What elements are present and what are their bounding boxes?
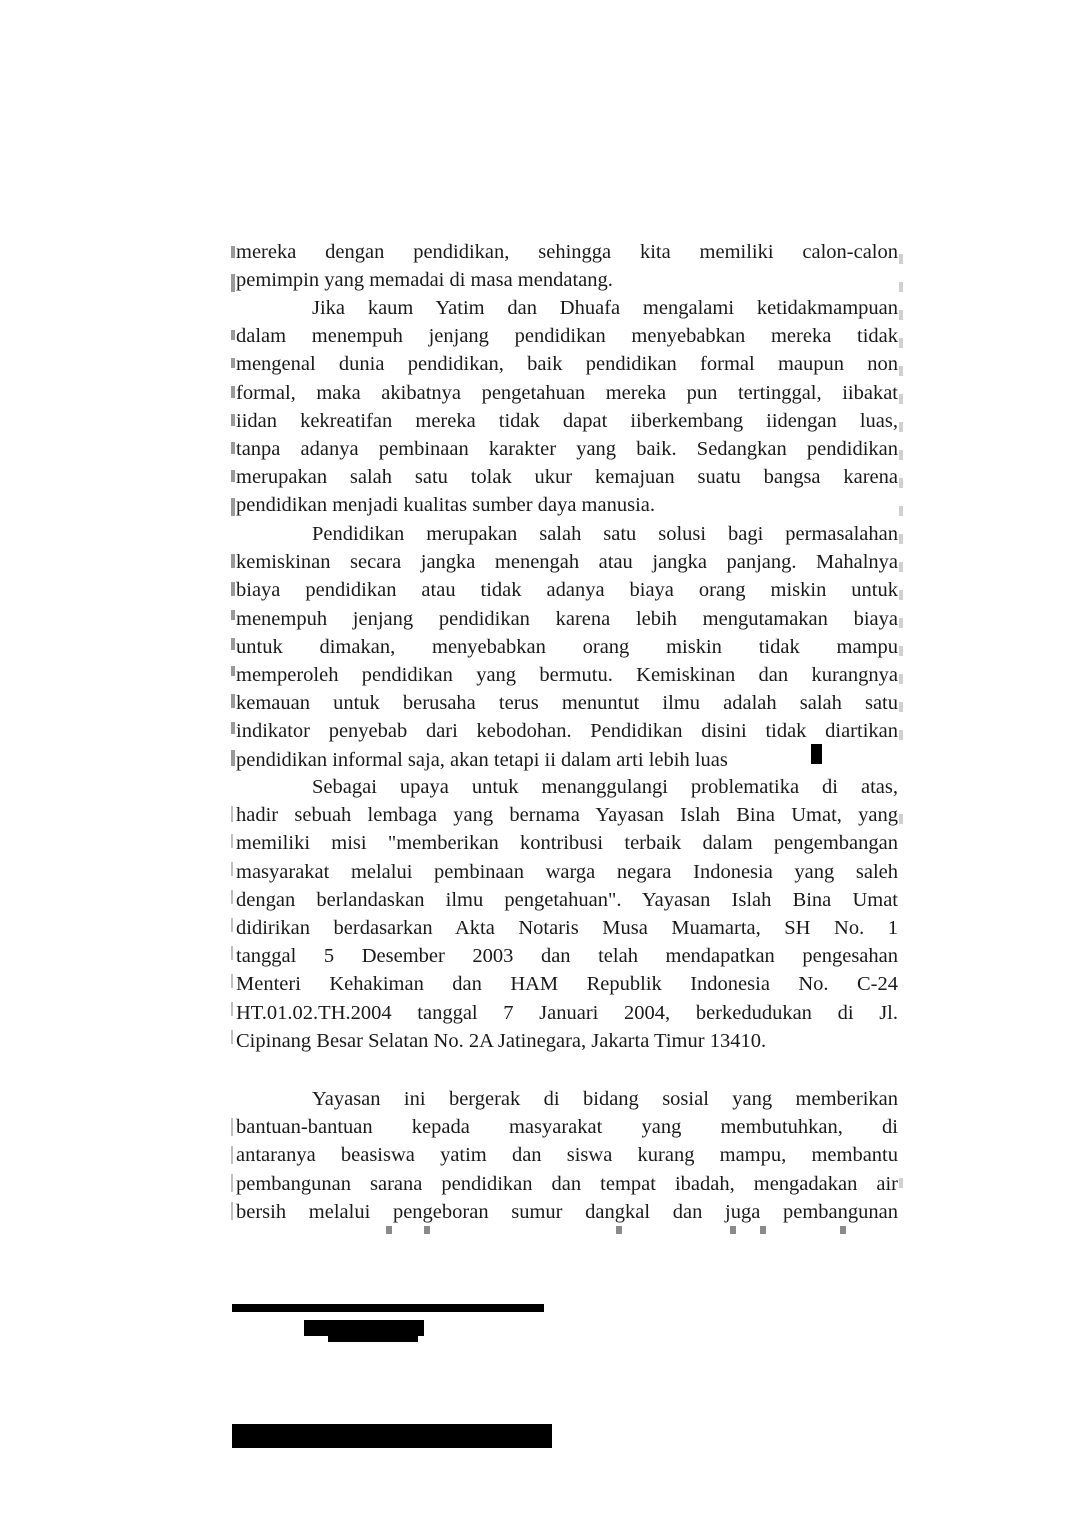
paragraph-1: mereka dengan pendidikan, sehingga kita … bbox=[236, 238, 898, 294]
paragraph-4: Sebagai upaya untuk menanggulangi proble… bbox=[236, 773, 898, 1055]
redacted-footnote-2 bbox=[232, 1424, 552, 1448]
text-line: mereka dengan pendidikan, sehingga kita … bbox=[236, 238, 898, 266]
text-line: didirikan berdasarkan Akta Notaris Musa … bbox=[236, 914, 898, 942]
text-line: menempuh jenjang pendidikan karena lebih… bbox=[236, 605, 898, 633]
redacted-footnote-1-lower bbox=[328, 1334, 418, 1342]
text-line: bersih melalui pengeboran sumur dangkal … bbox=[236, 1198, 898, 1226]
text-line: Sebagai upaya untuk menanggulangi proble… bbox=[236, 773, 898, 801]
text-line: antaranya beasiswa yatim dan siswa kuran… bbox=[236, 1141, 898, 1169]
document-page: mereka dengan pendidikan, sehingga kita … bbox=[0, 0, 1075, 1518]
text-line: untuk dimakan, menyebabkan orang miskin … bbox=[236, 633, 898, 661]
text-line: kemiskinan secara jangka menengah atau j… bbox=[236, 548, 898, 576]
paragraph-3: Pendidikan merupakan salah satu solusi b… bbox=[236, 520, 898, 774]
text-line: hadir sebuah lembaga yang bernama Yayasa… bbox=[236, 801, 898, 829]
text-line: masyarakat melalui pembinaan warga negar… bbox=[236, 858, 898, 886]
text-line: Pendidikan merupakan salah satu solusi b… bbox=[236, 520, 898, 548]
text-line: biaya pendidikan atau tidak adanya biaya… bbox=[236, 576, 898, 604]
text-line: dalam menempuh jenjang pendidikan menyeb… bbox=[236, 322, 898, 350]
paragraph-2: Jika kaum Yatim dan Dhuafa mengalami ket… bbox=[236, 294, 898, 520]
footnote-separator bbox=[232, 1304, 544, 1312]
redaction-block bbox=[811, 744, 822, 764]
text-line: tanggal 5 Desember 2003 dan telah mendap… bbox=[236, 942, 898, 970]
text-line: bantuan-bantuan kepada masyarakat yang m… bbox=[236, 1113, 898, 1141]
text-line: memiliki misi "memberikan kontribusi ter… bbox=[236, 829, 898, 857]
text-line: HT.01.02.TH.2004 tanggal 7 Januari 2004,… bbox=[236, 999, 898, 1027]
text-line: iidan kekreatifan mereka tidak dapat iib… bbox=[236, 407, 898, 435]
text-line: dengan berlandaskan ilmu pengetahuan". Y… bbox=[236, 886, 898, 914]
text-line: pembangunan sarana pendidikan dan tempat… bbox=[236, 1170, 898, 1198]
text-line: Jika kaum Yatim dan Dhuafa mengalami ket… bbox=[236, 294, 898, 322]
text-line: pendidikan informal saja, akan tetapi ii… bbox=[236, 746, 898, 774]
text-line: indikator penyebab dari kebodohan. Pendi… bbox=[236, 717, 898, 745]
text-line: pemimpin yang memadai di masa mendatang. bbox=[236, 266, 898, 294]
text-line: formal, maka akibatnya pengetahuan merek… bbox=[236, 379, 898, 407]
text-line: Cipinang Besar Selatan No. 2A Jatinegara… bbox=[236, 1027, 898, 1055]
paragraph-5: Yayasan ini bergerak di bidang sosial ya… bbox=[236, 1085, 898, 1226]
text-line: pendidikan menjadi kualitas sumber daya … bbox=[236, 491, 898, 519]
text-line: memperoleh pendidikan yang bermutu. Kemi… bbox=[236, 661, 898, 689]
text-line: Yayasan ini bergerak di bidang sosial ya… bbox=[236, 1085, 898, 1113]
text-line: Menteri Kehakiman dan HAM Republik Indon… bbox=[236, 970, 898, 998]
text-line: tanpa adanya pembinaan karakter yang bai… bbox=[236, 435, 898, 463]
text-line: merupakan salah satu tolak ukur kemajuan… bbox=[236, 463, 898, 491]
text-line: kemauan untuk berusaha terus menuntut il… bbox=[236, 689, 898, 717]
text-line: mengenal dunia pendidikan, baik pendidik… bbox=[236, 350, 898, 378]
